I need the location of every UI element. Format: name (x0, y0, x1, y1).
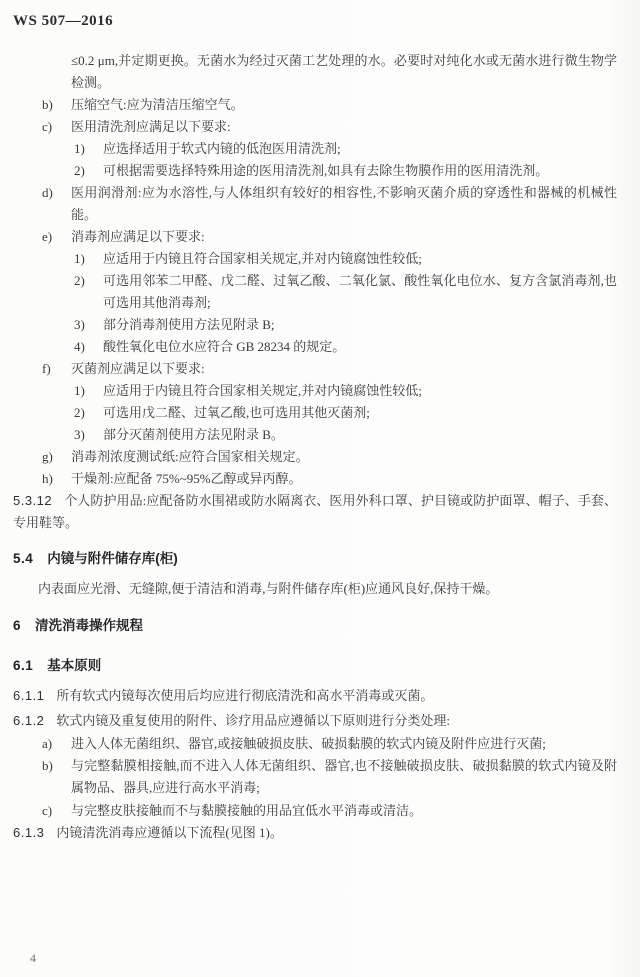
sub-item-text: 应适用于内镜且符合国家相关规定,并对内镜腐蚀性较低; (103, 380, 617, 402)
sub-item-text: 可根据需要选择特殊用途的医用清洗剂,如具有去除生物膜作用的医用清洗剂。 (103, 160, 617, 182)
list-item-label: g) (42, 446, 71, 468)
list-item-label: c) (42, 800, 71, 822)
heading-number: 5.4 (13, 551, 33, 566)
heading-6-1: 6.1基本原则 (13, 655, 617, 677)
list-item-label: h) (42, 468, 71, 490)
clause-5-3-12: 5.3.12个人防护用品:应配备防水围裙或防水隔离衣、医用外科口罩、护目镜或防护… (13, 490, 617, 534)
list-item-label: a) (42, 733, 71, 755)
heading-6: 6清洗消毒操作规程 (13, 615, 617, 637)
list-item-text: 与完整黏膜相接触,而不进入人体无菌组织、器官,也不接触破损皮肤、破损黏膜的软式内… (71, 755, 617, 799)
list-item-d: d) 医用润滑剂:应为水溶性,与人体组织有较好的相容性,不影响灭菌介质的穿透性和… (42, 182, 617, 226)
sub-item-label: 4) (74, 336, 103, 358)
heading-number: 6.1 (13, 658, 33, 673)
clause-number: 6.1.3 (13, 825, 44, 840)
list-item-text: 与完整皮肤接触而不与黏膜接触的用品宜低水平消毒或清洁。 (71, 800, 617, 822)
body-paragraph: 内表面应光滑、无缝隙,便于清洁和消毒,与附件储存库(柜)应通风良好,保持干燥。 (13, 578, 617, 600)
list-item-label: b) (42, 755, 71, 799)
list-item-text: 进入人体无菌组织、器官,或接触破损皮肤、破损黏膜的软式内镜及附件应进行灭菌; (71, 733, 617, 755)
sub-item-text: 部分灭菌剂使用方法见附录 B。 (103, 424, 617, 446)
list-item-label: e) (42, 226, 71, 248)
list-item-b: b) 与完整黏膜相接触,而不进入人体无菌组织、器官,也不接触破损皮肤、破损黏膜的… (42, 755, 617, 799)
list-item-text: 灭菌剂应满足以下要求: (71, 358, 617, 380)
clause-6-1-1: 6.1.1所有软式内镜每次使用后均应进行彻底清洗和高水平消毒或灭菌。 (13, 685, 617, 707)
sub-item-label: 3) (74, 424, 103, 446)
clause-text: 个人防护用品:应配备防水围裙或防水隔离衣、医用外科口罩、护目镜或防护面罩、帽子、… (13, 493, 617, 530)
list-item-e: e) 消毒剂应满足以下要求: (42, 226, 617, 248)
sub-item-2: 2) 可选用邻苯二甲醛、戊二醛、过氧乙酸、二氧化氯、酸性氧化电位水、复方含氯消毒… (74, 270, 617, 314)
heading-number: 6 (13, 618, 21, 633)
sub-item-label: 1) (74, 248, 103, 270)
sub-item-label: 2) (74, 402, 103, 424)
document-page: WS 507—2016 ≤0.2 μm,并定期更换。无菌水为经过灭菌工艺处理的水… (0, 0, 640, 977)
sub-item-1: 1) 应适用于内镜且符合国家相关规定,并对内镜腐蚀性较低; (74, 248, 617, 270)
sub-item-1: 1) 应选择适用于软式内镜的低泡医用清洗剂; (74, 138, 617, 160)
list-item-b: b) 压缩空气:应为清洁压缩空气。 (42, 94, 617, 116)
list-item-c: c) 医用清洗剂应满足以下要求: (42, 116, 617, 138)
sub-item-text: 可选用戊二醛、过氧乙酸,也可选用其他灭菌剂; (103, 402, 617, 424)
page-number: 4 (30, 952, 36, 964)
heading-title: 基本原则 (47, 658, 101, 673)
sub-item-4: 4) 酸性氧化电位水应符合 GB 28234 的规定。 (74, 336, 617, 358)
list-item-f: f) 灭菌剂应满足以下要求: (42, 358, 617, 380)
clause-number: 6.1.1 (13, 688, 44, 703)
sub-item-2: 2) 可选用戊二醛、过氧乙酸,也可选用其他灭菌剂; (74, 402, 617, 424)
list-item-h: h) 干燥剂:应配备 75%~95%乙醇或异丙醇。 (42, 468, 617, 490)
clause-text: 所有软式内镜每次使用后均应进行彻底清洗和高水平消毒或灭菌。 (56, 688, 433, 703)
sub-item-3: 3) 部分灭菌剂使用方法见附录 B。 (74, 424, 617, 446)
sub-item-3: 3) 部分消毒剂使用方法见附录 B; (74, 314, 617, 336)
clause-number: 6.1.2 (13, 713, 44, 728)
sub-item-text: 部分消毒剂使用方法见附录 B; (103, 314, 617, 336)
list-item-c: c) 与完整皮肤接触而不与黏膜接触的用品宜低水平消毒或清洁。 (42, 800, 617, 822)
clause-6-1-3: 6.1.3内镜清洗消毒应遵循以下流程(见图 1)。 (13, 822, 617, 844)
list-item-label: f) (42, 358, 71, 380)
list-item-text: 压缩空气:应为清洁压缩空气。 (71, 94, 617, 116)
sub-item-label: 1) (74, 380, 103, 402)
list-item-label: d) (42, 182, 71, 226)
sub-item-text: 可选用邻苯二甲醛、戊二醛、过氧乙酸、二氧化氯、酸性氧化电位水、复方含氯消毒剂,也… (103, 270, 617, 314)
sub-item-2: 2) 可根据需要选择特殊用途的医用清洗剂,如具有去除生物膜作用的医用清洗剂。 (74, 160, 617, 182)
sub-item-text: 应选择适用于软式内镜的低泡医用清洗剂; (103, 138, 617, 160)
sub-item-label: 2) (74, 160, 103, 182)
heading-title: 清洗消毒操作规程 (35, 618, 143, 633)
list-item-g: g) 消毒剂浓度测试纸:应符合国家相关规定。 (42, 446, 617, 468)
sub-item-text: 酸性氧化电位水应符合 GB 28234 的规定。 (103, 336, 617, 358)
list-item-text: 医用润滑剂:应为水溶性,与人体组织有较好的相容性,不影响灭菌介质的穿透性和器械的… (71, 182, 617, 226)
heading-title: 内镜与附件储存库(柜) (47, 551, 178, 566)
sub-item-label: 1) (74, 138, 103, 160)
list-item-label: b) (42, 94, 71, 116)
clause-text: 内镜清洗消毒应遵循以下流程(见图 1)。 (56, 825, 282, 840)
clause-text: 软式内镜及重复使用的附件、诊疗用品应遵循以下原则进行分类处理: (56, 713, 450, 728)
heading-5-4: 5.4内镜与附件储存库(柜) (13, 548, 617, 570)
clause-number: 5.3.12 (13, 493, 52, 508)
list-item-a: a) 进入人体无菌组织、器官,或接触破损皮肤、破损黏膜的软式内镜及附件应进行灭菌… (42, 733, 617, 755)
sub-item-text: 应适用于内镜且符合国家相关规定,并对内镜腐蚀性较低; (103, 248, 617, 270)
continuation-paragraph: ≤0.2 μm,并定期更换。无菌水为经过灭菌工艺处理的水。必要时对纯化水或无菌水… (71, 50, 617, 94)
list-item-text: 干燥剂:应配备 75%~95%乙醇或异丙醇。 (71, 468, 617, 490)
list-item-text: 消毒剂浓度测试纸:应符合国家相关规定。 (71, 446, 617, 468)
sub-item-label: 2) (74, 270, 103, 314)
clause-6-1-2: 6.1.2软式内镜及重复使用的附件、诊疗用品应遵循以下原则进行分类处理: (13, 710, 617, 732)
sub-item-label: 3) (74, 314, 103, 336)
sub-item-1: 1) 应适用于内镜且符合国家相关规定,并对内镜腐蚀性较低; (74, 380, 617, 402)
standard-number-header: WS 507—2016 (13, 12, 617, 30)
list-item-text: 消毒剂应满足以下要求: (71, 226, 617, 248)
list-item-label: c) (42, 116, 71, 138)
list-item-text: 医用清洗剂应满足以下要求: (71, 116, 617, 138)
